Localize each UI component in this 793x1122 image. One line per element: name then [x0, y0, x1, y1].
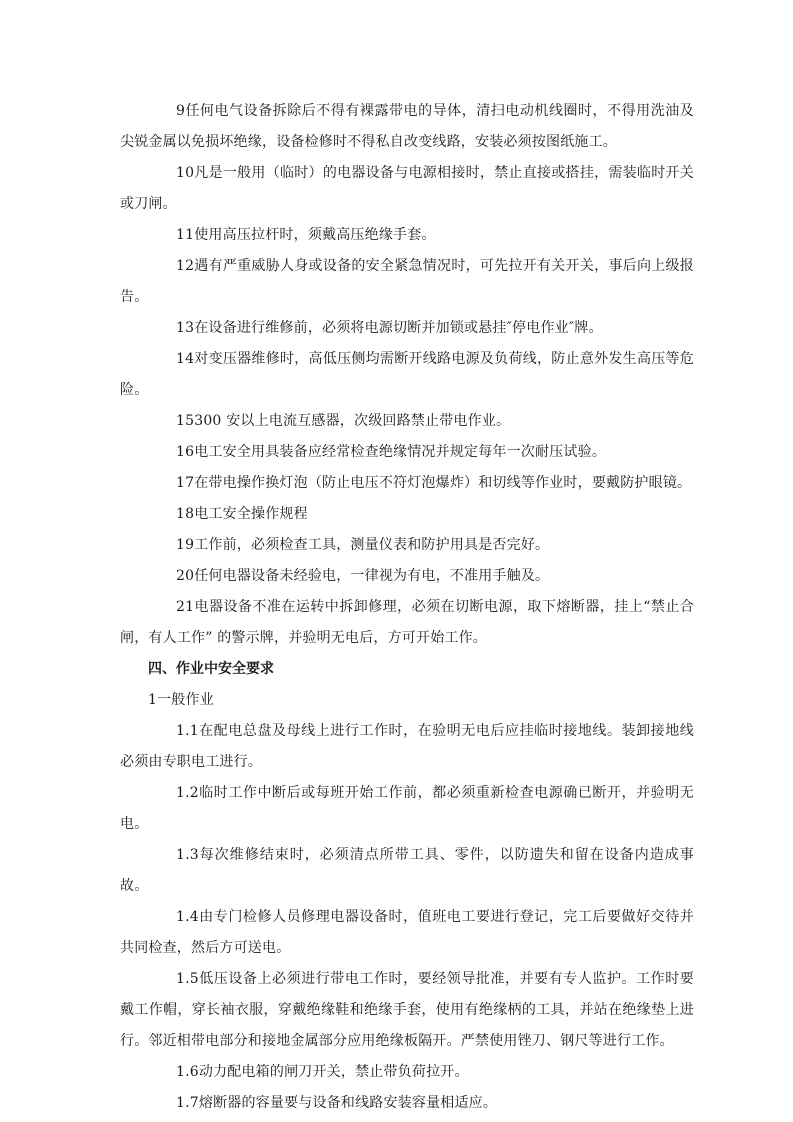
paragraph-text: 熔断器的容量要与设备和线路安装容量相适应。 [199, 1095, 497, 1111]
item-number: 1.2 [148, 778, 199, 809]
item-number: 1.1 [148, 716, 199, 747]
paragraph-text: 每次维修结束时，必须清点所带工具、零件，以防遗失和留在设备内造成事故。 [120, 847, 694, 894]
paragraph-1-6: 1.6动力配电箱的闸刀开关，禁止带负荷拉开。 [120, 1057, 694, 1088]
item-number: 19 [148, 530, 194, 561]
paragraph-9: 9任何电气设备拆除后不得有裸露带电的导体，清扫电动机线圈时，不得用洗油及尖锐金属… [120, 96, 694, 158]
item-number: 1.5 [148, 964, 199, 995]
item-number: 10 [148, 158, 194, 189]
item-number: 1.4 [148, 902, 199, 933]
paragraph-13: 13在设备进行维修前，必须将电源切断并加锁或悬挂″停电作业″牌。 [120, 313, 694, 344]
paragraph-text: 在配电总盘及母线上进行工作时，在验明无电后应挂临时接地线。装卸接地线必须由专职电… [120, 723, 694, 770]
paragraph-21: 21电器设备不准在运转中拆卸修理，必须在切断电源，取下熔断器，挂上“禁止合闸，有… [120, 592, 694, 654]
paragraph-15: 15300 安以上电流互感器，次级回路禁止带电作业。 [120, 406, 694, 437]
paragraph-text: 任何电器设备未经验电，一律视为有电，不准用手触及。 [194, 568, 549, 584]
item-number: 16 [148, 437, 194, 468]
item-number: 14 [148, 344, 194, 375]
paragraph-17: 17在带电操作换灯泡（防止电压不符灯泡爆炸）和切线等作业时，要戴防护眼镜。 [120, 468, 694, 499]
paragraph-10: 10凡是一般用（临时）的电器设备与电源相接时，禁止直接或搭挂，需装临时开关或刀闸… [120, 158, 694, 220]
paragraph-text: 低压设备上必须进行带电工作时，要经领导批准，并要有专人监护。工作时要戴工作帽，穿… [120, 971, 694, 1049]
paragraph-11: 11使用高压拉杆时，须戴高压绝缘手套。 [120, 220, 694, 251]
paragraph-text: 凡是一般用（临时）的电器设备与电源相接时，禁止直接或搭挂，需装临时开关或刀闸。 [120, 165, 694, 212]
item-number: 1.7 [148, 1088, 199, 1119]
paragraph-text: 在设备进行维修前，必须将电源切断并加锁或悬挂″停电作业″牌。 [194, 320, 602, 336]
item-number: 9 [148, 96, 185, 127]
section-heading: 四、作业中安全要求 [120, 654, 694, 685]
paragraph-20: 20任何电器设备未经验电，一律视为有电，不准用手触及。 [120, 561, 694, 592]
paragraph-text: 电器设备不准在运转中拆卸修理，必须在切断电源，取下熔断器，挂上“禁止合闸，有人工… [120, 599, 694, 646]
item-number: 11 [148, 220, 194, 251]
paragraph-19: 19工作前，必须检查工具，测量仪表和防护用具是否完好。 [120, 530, 694, 561]
paragraph-text: 对变压器维修时，高低压侧均需断开线路电源及负荷线，防止意外发生高压等危险。 [120, 351, 694, 398]
item-number: 21 [148, 592, 194, 623]
paragraph-text: 临时工作中断后或每班开始工作前，都必须重新检查电源确已断开，并验明无电。 [120, 785, 694, 832]
paragraph-text: 动力配电箱的闸刀开关，禁止带负荷拉开。 [199, 1064, 469, 1080]
paragraph-1-7: 1.7熔断器的容量要与设备和线路安装容量相适应。 [120, 1088, 694, 1119]
item-number: 13 [148, 313, 194, 344]
paragraph-12: 12遇有严重威胁人身或设备的安全紧急情况时，可先拉开有关开关，事后向上级报告。 [120, 251, 694, 313]
paragraph-1-3: 1.3每次维修结束时，必须清点所带工具、零件，以防遗失和留在设备内造成事故。 [120, 840, 694, 902]
paragraph-14: 14对变压器维修时，高低压侧均需断开线路电源及负荷线，防止意外发生高压等危险。 [120, 344, 694, 406]
item-number: 18 [148, 499, 194, 530]
subsection-title: 1一般作业 [120, 685, 694, 716]
paragraph-text: 在带电操作换灯泡（防止电压不符灯泡爆炸）和切线等作业时，要戴防护眼镜。 [194, 475, 691, 491]
item-number: 15 [148, 406, 194, 437]
paragraph-1-5: 1.5低压设备上必须进行带电工作时，要经领导批准，并要有专人监护。工作时要戴工作… [120, 964, 694, 1057]
paragraph-text: 任何电气设备拆除后不得有裸露带电的导体，清扫电动机线圈时，不得用洗油及尖锐金属以… [120, 103, 694, 150]
paragraph-text: 使用高压拉杆时，须戴高压绝缘手套。 [194, 227, 435, 243]
item-number: 17 [148, 468, 194, 499]
paragraph-text: 工作前，必须检查工具，测量仪表和防护用具是否完好。 [194, 537, 549, 553]
paragraph-1-1: 1.1在配电总盘及母线上进行工作时，在验明无电后应挂临时接地线。装卸接地线必须由… [120, 716, 694, 778]
paragraph-text: 电工安全操作规程 [194, 506, 308, 522]
paragraph-text: 300 安以上电流互感器，次级回路禁止带电作业。 [194, 413, 510, 429]
paragraph-text: 电工安全用具装备应经常检查绝缘情况并规定每年一次耐压试验。 [194, 444, 606, 460]
paragraph-text: 遇有严重威胁人身或设备的安全紧急情况时，可先拉开有关开关，事后向上级报告。 [120, 258, 694, 305]
paragraph-18: 18电工安全操作规程 [120, 499, 694, 530]
document-page: 9任何电气设备拆除后不得有裸露带电的导体，清扫电动机线圈时，不得用洗油及尖锐金属… [120, 96, 694, 1119]
paragraph-1-4: 1.4由专门检修人员修理电器设备时，值班电工要进行登记，完工后要做好交待并共同检… [120, 902, 694, 964]
paragraph-1-2: 1.2临时工作中断后或每班开始工作前，都必须重新检查电源确已断开，并验明无电。 [120, 778, 694, 840]
paragraph-16: 16电工安全用具装备应经常检查绝缘情况并规定每年一次耐压试验。 [120, 437, 694, 468]
item-number: 12 [148, 251, 194, 282]
item-number: 20 [148, 561, 194, 592]
item-number: 1.3 [148, 840, 199, 871]
item-number: 1.6 [148, 1057, 199, 1088]
paragraph-text: 由专门检修人员修理电器设备时，值班电工要进行登记，完工后要做好交待并共同检查，然… [120, 909, 694, 956]
